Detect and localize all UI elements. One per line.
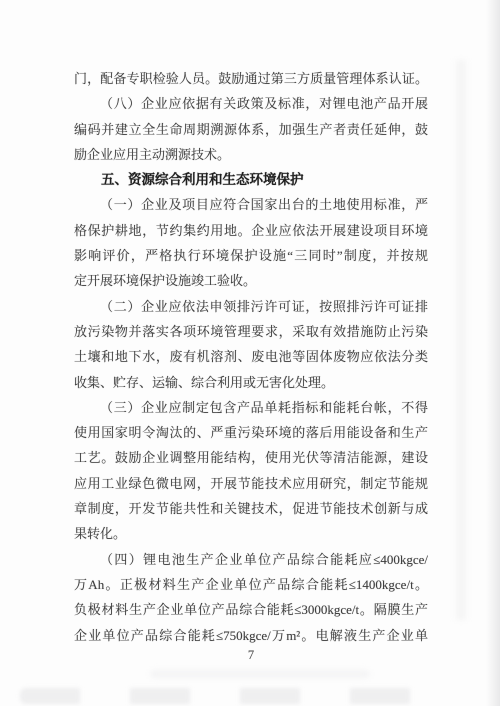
scan-artifact-right-edge [486, 0, 500, 706]
text-line: 收集、贮存、运输、综合利用或无害化处理。 [74, 370, 428, 395]
text-line: 励企业应用主动溯源技术。 [74, 142, 428, 167]
text-line: 影响评价，严格执行环境保护设施“三同时”制度，并按规 [74, 243, 428, 268]
text-line: （二）企业应依法申领排污许可证，按照排污许可证排 [74, 294, 428, 319]
text-line: 土壤和地下水，废有机溶剂、废电池等固体废物应依法分类 [74, 344, 428, 369]
scan-artifact-footer [150, 670, 370, 678]
text-line: 负极材料生产企业单位产品综合能耗≤3000kgce/t。隔膜生产 [74, 597, 428, 622]
text-line: 果转化。 [74, 521, 428, 546]
document-page: 门，配备专职检验人员。鼓励通过第三方质量管理体系认证。（八）企业应依据有关政策及… [0, 0, 500, 706]
text-line: （八）企业应依据有关政策及标准，对锂电池产品开展 [74, 91, 428, 116]
text-line: 章制度，开发节能共性和关键技术，促进节能技术创新与成 [74, 496, 428, 521]
text-line: （三）企业应制定包含产品单耗指标和能耗台帐，不得 [74, 395, 428, 420]
text-line: 万Ah。正极材料生产企业单位产品综合能耗≤1400kgce/t。 [74, 572, 428, 597]
scan-artifact-right-band [456, 60, 466, 620]
text-line: （四）锂电池生产企业单位产品综合能耗应≤400kgce/ [74, 547, 428, 572]
text-line: 企业单位产品综合能耗≤750kgce/万m²。电解液生产企业单 [74, 623, 428, 648]
page-number: 7 [74, 648, 428, 663]
text-line: 门，配备专职检验人员。鼓励通过第三方质量管理体系认证。 [74, 66, 428, 91]
document-body: 门，配备专职检验人员。鼓励通过第三方质量管理体系认证。（八）企业应依据有关政策及… [74, 66, 428, 648]
text-line: 编码并建立全生命周期溯源体系，加强生产者责任延伸，鼓 [74, 117, 428, 142]
text-line: （一）企业及项目应符合国家出台的土地使用标准，严 [74, 192, 428, 217]
scan-artifact-bottom [20, 688, 450, 704]
text-line: 格保护耕地，节约集约用地。企业应依法开展建设项目环境 [74, 218, 428, 243]
text-line: 应用工业绿色微电网，开展节能技术应用研究，制定节能规 [74, 471, 428, 496]
text-line: 使用国家明令淘汰的、严重污染环境的落后用能设备和生产 [74, 420, 428, 445]
text-line: 工艺。鼓励企业调整用能结构，使用光伏等清洁能源，建设 [74, 445, 428, 470]
text-line: 定开展环境保护设施竣工验收。 [74, 268, 428, 293]
text-line: 放污染物并落实各项环境管理要求，采取有效措施防止污染 [74, 319, 428, 344]
section-heading: 五、资源综合利用和生态环境保护 [74, 167, 428, 192]
